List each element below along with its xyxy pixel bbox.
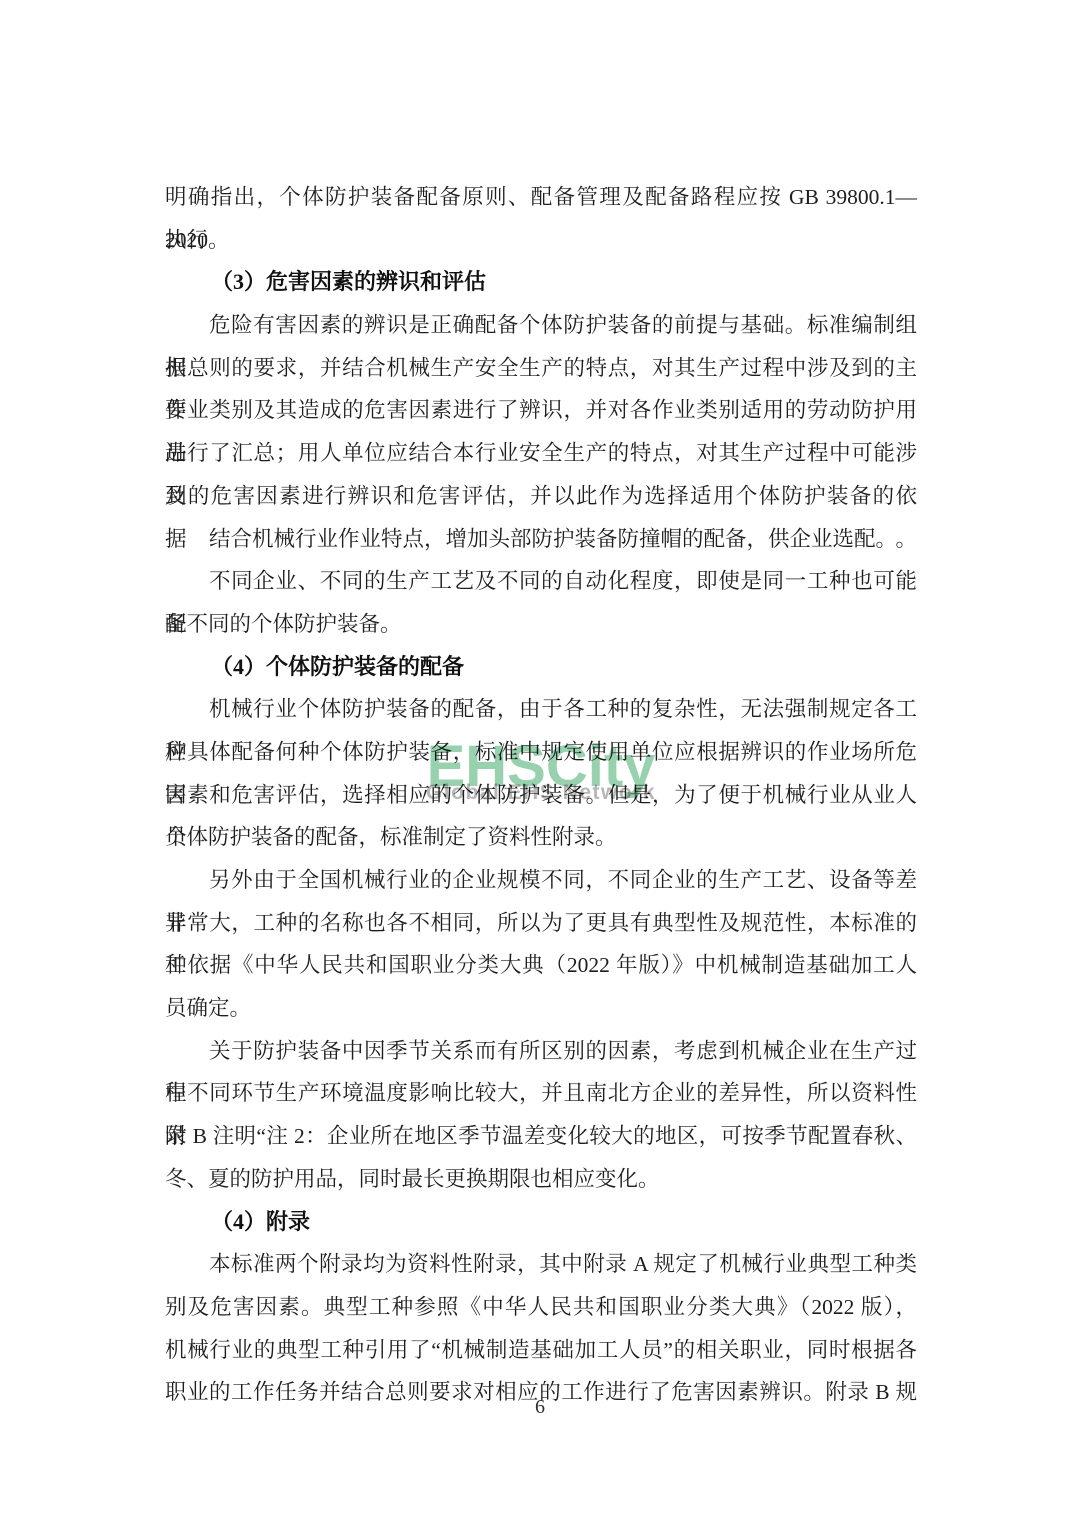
text-line: 明确指出，个体防护装备配备原则、配备管理及配备路程应按 GB 39800.1—2… — [165, 176, 917, 219]
text-line: 非常大，工种的名称也各不相同，所以为了更具有典型性及规范性，本标准的工 — [165, 902, 917, 945]
document-text-block: 明确指出，个体防护装备配备原则、配备管理及配备路程应按 GB 39800.1—2… — [165, 176, 917, 1414]
text-line: 员确定。 — [165, 987, 917, 1030]
document-page: 明确指出，个体防护装备配备原则、配备管理及配备路程应按 GB 39800.1—2… — [0, 0, 1080, 1527]
text-line: 别及危害因素。典型工种参照《中华人民共和国职业分类大典》（2022 版）， — [165, 1286, 917, 1329]
text-line: 危险有害因素的辨识是正确配备个体防护装备的前提与基础。标准编制组根 — [165, 304, 917, 347]
text-line: 进行了汇总；用人单位应结合本行业安全生产的特点，对其生产过程中可能涉及 — [165, 432, 917, 475]
text-line: 个体防护装备的配备，标准制定了资料性附录。 — [165, 816, 917, 859]
text-line: 作业类别及其造成的危害因素进行了辨识，并对各作业类别适用的劳动防护用品 — [165, 389, 917, 432]
section-heading: （4）附录 — [165, 1201, 917, 1244]
text-line: 另外由于全国机械行业的企业规模不同，不同企业的生产工艺、设备等差异 — [165, 859, 917, 902]
text-line: 应具体配备何种个体防护装备，标准中规定使用单位应根据辨识的作业场所危害 — [165, 731, 917, 774]
section-heading: （3）危害因素的辨识和评估 — [165, 261, 917, 304]
text-line: 本标准两个附录均为资料性附录，其中附录 A 规定了机械行业典型工种类 — [165, 1243, 917, 1286]
section-heading: （4）个体防护装备的配备 — [165, 646, 917, 689]
text-line: 种依据《中华人民共和国职业分类大典（2022 年版）》中机械制造基础加工人 — [165, 944, 917, 987]
text-line: 机械行业的典型工种引用了“机械制造基础加工人员”的相关职业，同时根据各 — [165, 1329, 917, 1372]
text-line: 据总则的要求，并结合机械生产安全生产的特点，对其生产过程中涉及到的主要 — [165, 347, 917, 390]
text-line: 录 B 注明“注 2：企业所在地区季节温差变化较大的地区，可按季节配置春秋、 — [165, 1115, 917, 1158]
text-line: 关于防护装备中因季节关系而有所区别的因素，考虑到机械企业在生产过程 — [165, 1030, 917, 1073]
text-line: 因素和危害评估，选择相应的个体防护装备。但是，为了便于机械行业从业人员 — [165, 774, 917, 817]
text-line: 执行。 — [165, 219, 917, 262]
text-line: 到的危害因素进行辨识和危害评估，并以此作为选择适用个体防护装备的依据。 — [165, 475, 917, 518]
text-line: 冬、夏的防护用品，同时最长更换期限也相应变化。 — [165, 1158, 917, 1201]
text-line: 不同企业、不同的生产工艺及不同的自动化程度，即使是同一工种也可能配 — [165, 560, 917, 603]
text-line: 备不同的个体防护装备。 — [165, 603, 917, 646]
text-line: 机械行业个体防护装备的配备，由于各工种的复杂性，无法强制规定各工种 — [165, 688, 917, 731]
page-number: 6 — [0, 1396, 1080, 1419]
text-line: 结合机械行业作业特点，增加头部防护装备防撞帽的配备，供企业选配。 — [165, 518, 917, 561]
text-line: 中不同环节生产环境温度影响比较大，并且南北方企业的差异性，所以资料性附 — [165, 1072, 917, 1115]
